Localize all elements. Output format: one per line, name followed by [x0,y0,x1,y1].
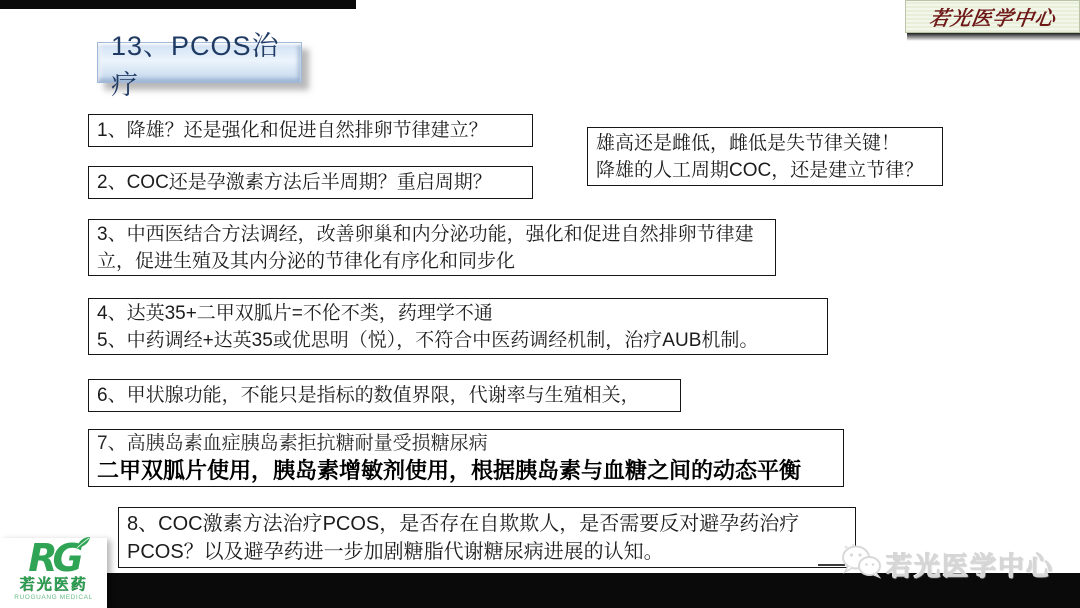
point-1-text: 1、降雄？还是强化和促进自然排卵节律建立？ [97,118,524,144]
point-7-text: 7、高胰岛素血症胰岛素拒抗糖耐量受损糖尿病 [97,431,835,456]
point-box-4-5: 4、达英35+二甲双胍片=不伦不类，药理学不通 5、中药调经+达英35或优思明（… [88,298,828,355]
point-box-7: 7、高胰岛素血症胰岛素拒抗糖耐量受损糖尿病 二甲双胍片使用，胰岛素增敏剂使用，根… [88,429,844,487]
point-box-6: 6、甲状腺功能，不能只是指标的数值界限，代谢率与生殖相关， [88,379,681,412]
point-box-2: 2、COC还是孕激素方法后半周期？重启周期？ [88,166,533,199]
point-box-3: 3、中西医结合方法调经，改善卵巢和内分泌功能，强化和促进自然排卵节律建立，促进生… [88,219,776,276]
wechat-icon [840,544,882,580]
point-2-text: 2、COC还是孕激素方法后半周期？重启周期？ [97,170,524,196]
top-letterbox-strip [0,0,356,9]
note-box: 雄高还是雌低，雌低是失节律关键！ 降雄的人工周期COC，还是建立节律？ [587,127,943,186]
footer-logo-box: RG 若光医药 RUOGUANG MEDICAL [0,538,107,608]
slide-title: 13、PCOS治疗 [97,42,302,83]
point-8-text: 8、COC激素方法治疗PCOS，是否存在自欺欺人，是否需要反对避孕药治疗PCOS… [127,510,847,566]
point-5-text: 5、中药调经+达英35或优思明（悦），不符合中医药调经机制，治疗AUB机制。 [97,327,819,354]
header-brand-label: 若光医学中心 [927,2,1057,31]
header-brand-shadow [907,33,1080,41]
leaf-icon [75,536,91,550]
point-6-text: 6、甲状腺功能，不能只是指标的数值界限，代谢率与生殖相关， [97,383,672,409]
rg-logo-text: RG [28,536,78,580]
header-brand-box: 若光医学中心 [905,0,1080,33]
footer-brand-subtitle: RUOGUANG MEDICAL [14,593,93,602]
note-line-2: 降雄的人工周期COC，还是建立节律？ [596,157,934,184]
point-box-8: 8、COC激素方法治疗PCOS，是否存在自欺欺人，是否需要反对避孕药治疗PCOS… [118,507,856,568]
watermark-text: 若光医学中心 [886,546,1054,583]
point-7-emphasis-text: 二甲双胍片使用，胰岛素增敏剂使用，根据胰岛素与血糖之间的动态平衡 [97,456,835,486]
slide-title-text: 13、PCOS治疗 [111,24,301,102]
point-3-text: 3、中西医结合方法调经，改善卵巢和内分泌功能，强化和促进自然排卵节律建立，促进生… [97,221,767,275]
point-box-1: 1、降雄？还是强化和促进自然排卵节律建立？ [88,114,533,147]
point-4-text: 4、达英35+二甲双胍片=不伦不类，药理学不通 [97,300,819,327]
note-line-1: 雄高还是雌低，雌低是失节律关键！ [596,130,934,157]
rg-logo: RG [28,540,78,576]
